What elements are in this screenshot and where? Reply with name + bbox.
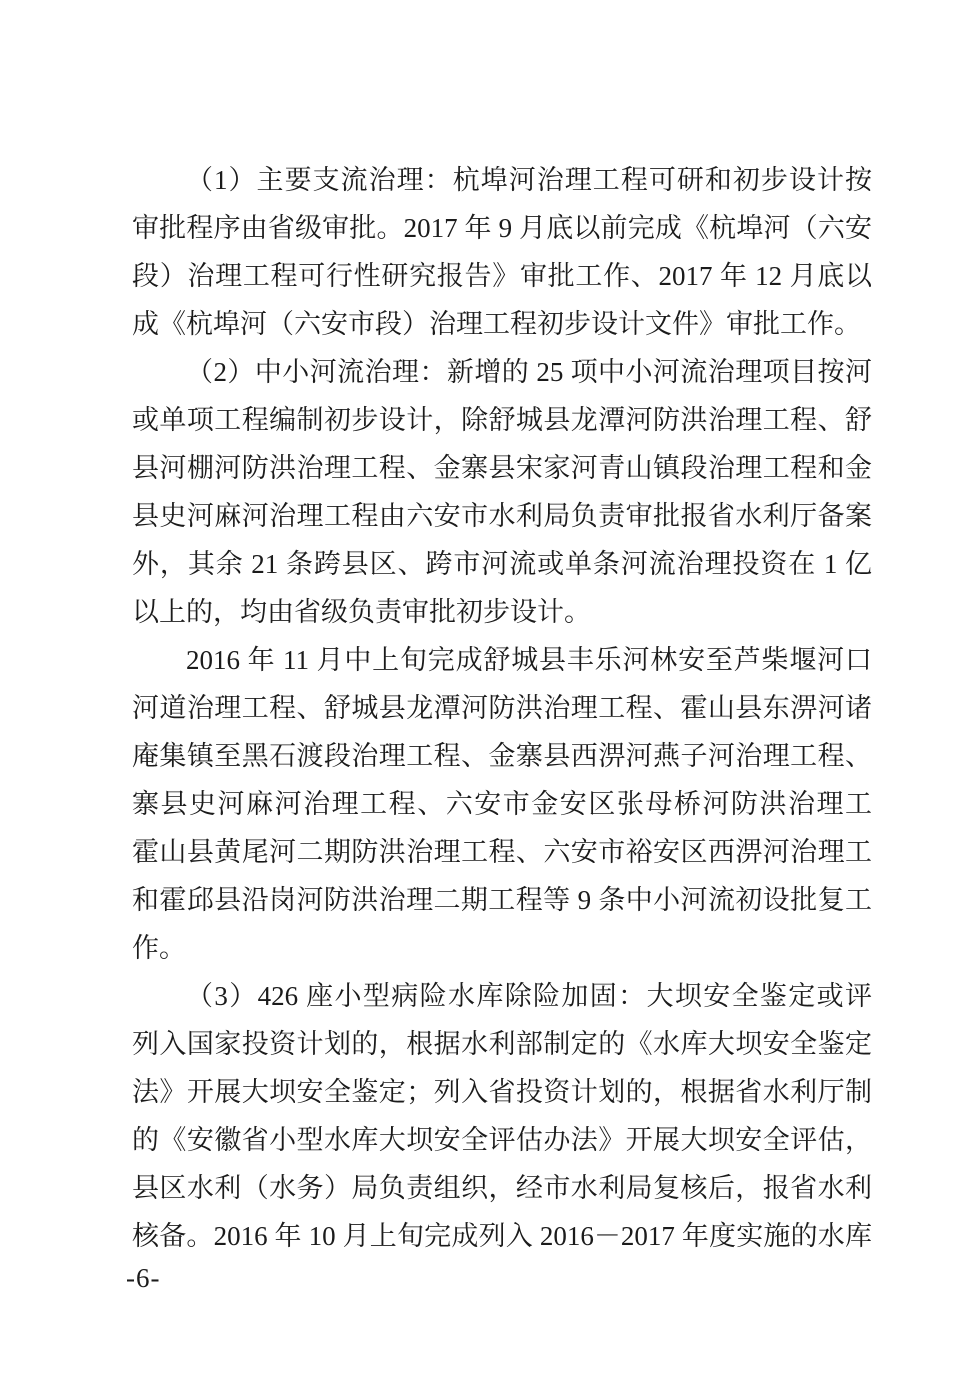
text-line: 庵集镇至黑石渡段治理工程、金寨县西淠河燕子河治理工程、金 bbox=[132, 732, 872, 780]
paragraph-4: （3）426 座小型病险水库除险加固：大坝安全鉴定或评估。 列入国家投资计划的，… bbox=[132, 972, 872, 1260]
text-line: 外，其余 21 条跨县区、跨市河流或单条河流治理投资在 1 亿元 bbox=[132, 540, 872, 588]
text-line: 河道治理工程、舒城县龙潭河防洪治理工程、霍山县东淠河诸佛 bbox=[132, 684, 872, 732]
document-page: （1）主要支流治理：杭埠河治理工程可研和初步设计按现行 审批程序由省级审批。20… bbox=[0, 0, 980, 1385]
text-line: 以上的，均由省级负责审批初步设计。 bbox=[132, 588, 872, 636]
page-number: -6- bbox=[126, 1262, 160, 1294]
text-line: 县区水利（水务）局负责组织，经市水利局复核后，报省水利厅 bbox=[132, 1164, 872, 1212]
text-line: 霍山县黄尾河二期防洪治理工程、六安市裕安区西淠河治理工程 bbox=[132, 828, 872, 876]
text-line: （3）426 座小型病险水库除险加固：大坝安全鉴定或评估。 bbox=[132, 972, 872, 1020]
text-line: 的《安徽省小型水库大坝安全评估办法》开展大坝安全评估，由 bbox=[132, 1116, 872, 1164]
text-line: 和霍邱县沿岗河防洪治理二期工程等 9 条中小河流初设批复工 bbox=[132, 876, 872, 924]
paragraph-1: （1）主要支流治理：杭埠河治理工程可研和初步设计按现行 审批程序由省级审批。20… bbox=[132, 156, 872, 348]
text-line: 列入国家投资计划的，根据水利部制定的《水库大坝安全鉴定办 bbox=[132, 1020, 872, 1068]
text-line: 段）治理工程可行性研究报告》审批工作、2017 年 12 月底以前完 bbox=[132, 252, 872, 300]
text-line: 作。 bbox=[132, 924, 872, 972]
text-line: 成《杭埠河（六安市段）治理工程初步设计文件》审批工作。 bbox=[132, 300, 872, 348]
text-line: 核备。2016 年 10 月上旬完成列入 2016－2017 年度实施的水库 bbox=[132, 1212, 872, 1260]
text-line: 2016 年 11 月中上旬完成舒城县丰乐河林安至芦柴堰河口段 bbox=[132, 636, 872, 684]
text-line: 寨县史河麻河治理工程、六安市金安区张母桥河防洪治理工程、 bbox=[132, 780, 872, 828]
text-line: 法》开展大坝安全鉴定；列入省投资计划的，根据省水利厅制定 bbox=[132, 1068, 872, 1116]
document-body: （1）主要支流治理：杭埠河治理工程可研和初步设计按现行 审批程序由省级审批。20… bbox=[132, 156, 872, 1260]
text-line: 县史河麻河治理工程由六安市水利局负责审批报省水利厅备案 bbox=[132, 492, 872, 540]
text-line: 或单项工程编制初步设计，除舒城县龙潭河防洪治理工程、舒城 bbox=[132, 396, 872, 444]
text-line: （2）中小河流治理：新增的 25 项中小河流治理项目按河流 bbox=[132, 348, 872, 396]
text-line: 审批程序由省级审批。2017 年 9 月底以前完成《杭埠河（六安市 bbox=[132, 204, 872, 252]
text-line: （1）主要支流治理：杭埠河治理工程可研和初步设计按现行 bbox=[132, 156, 872, 204]
text-line: 县河棚河防洪治理工程、金寨县宋家河青山镇段治理工程和金寨 bbox=[132, 444, 872, 492]
paragraph-2: （2）中小河流治理：新增的 25 项中小河流治理项目按河流 或单项工程编制初步设… bbox=[132, 348, 872, 636]
paragraph-3: 2016 年 11 月中上旬完成舒城县丰乐河林安至芦柴堰河口段 河道治理工程、舒… bbox=[132, 636, 872, 972]
